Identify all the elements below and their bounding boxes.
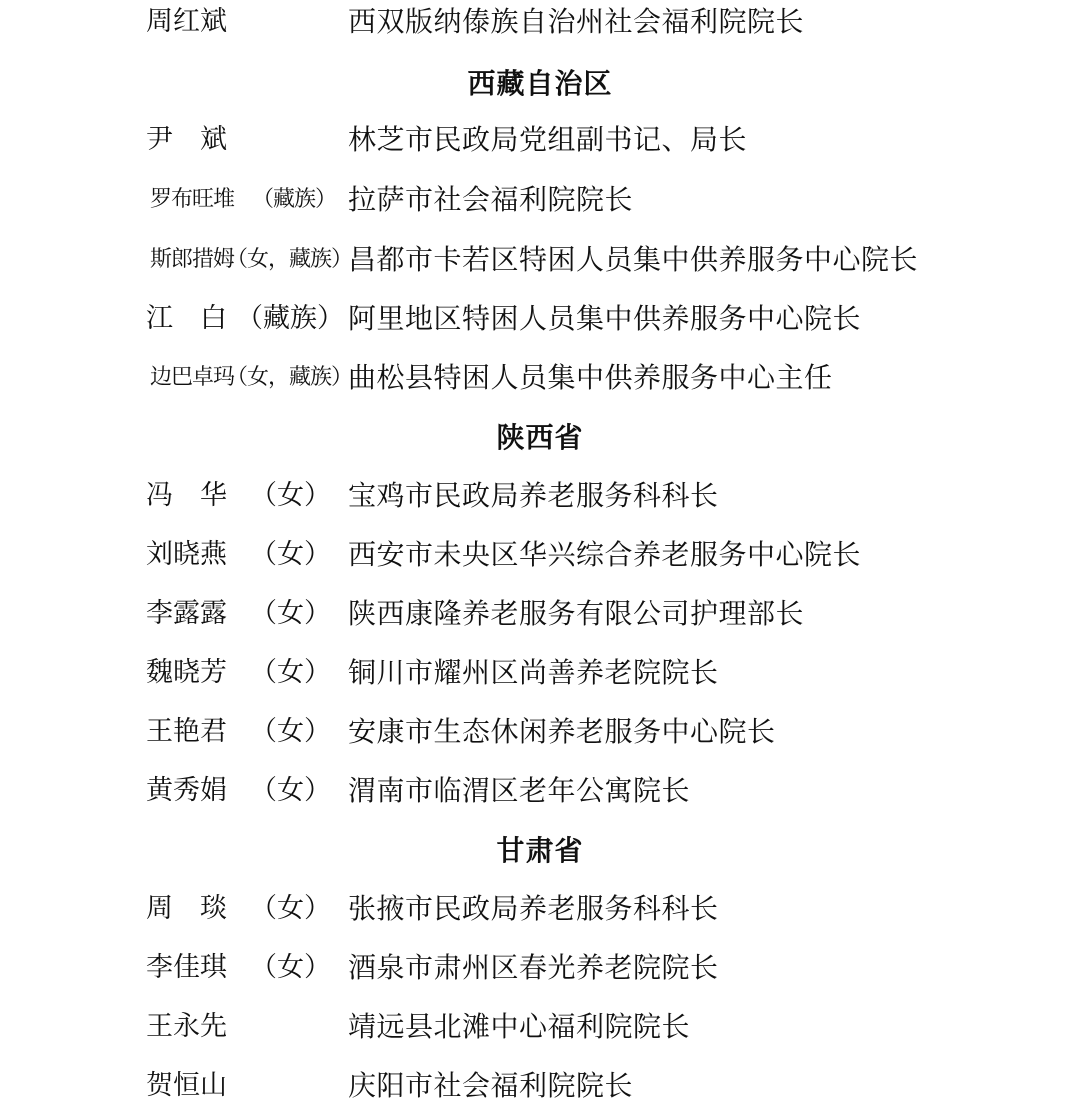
person-title: 庆阳市社会福利院院长	[348, 1066, 633, 1106]
person-note: （藏族）	[236, 299, 344, 339]
person-note: （女）	[250, 948, 331, 988]
person-note: （藏族）	[252, 180, 336, 220]
person-title: 铜川市耀州区尚善养老院院长	[348, 653, 719, 693]
person-name: 魏晓芳	[146, 653, 227, 693]
person-note: （女）	[250, 653, 331, 693]
person-note: （女）	[250, 594, 331, 634]
person-title: 昌都市卡若区特困人员集中供养服务中心院长	[348, 240, 918, 280]
section-heading-tibet: 西藏自治区	[0, 64, 1080, 104]
entry-row: 尹 斌 林芝市民政局党组副书记、局长	[0, 120, 1080, 160]
person-name: 王永先	[146, 1007, 227, 1047]
person-name: 江 白	[146, 299, 227, 339]
person-title: 阿里地区特困人员集中供养服务中心院长	[348, 299, 861, 339]
person-note: （女）	[250, 771, 331, 811]
person-name: 边巴卓玛	[150, 358, 234, 398]
person-name: 斯郎措姆	[150, 240, 234, 280]
entry-row: 周红斌 西双版纳傣族自治州社会福利院院长	[0, 2, 1080, 42]
entry-row: 罗布旺堆 （藏族） 拉萨市社会福利院院长	[0, 180, 1080, 220]
person-name: 李佳琪	[146, 948, 227, 988]
person-name: 李露露	[146, 594, 227, 634]
person-name: 贺恒山	[146, 1066, 227, 1106]
entry-row: 魏晓芳 （女） 铜川市耀州区尚善养老院院长	[0, 653, 1080, 693]
person-note: （女，藏族）	[226, 358, 352, 398]
person-title: 陕西康隆养老服务有限公司护理部长	[348, 594, 804, 634]
person-note: （女）	[250, 535, 331, 575]
person-note: （女）	[250, 476, 331, 516]
person-note: （女，藏族）	[226, 240, 352, 280]
person-title: 宝鸡市民政局养老服务科科长	[348, 476, 719, 516]
entry-row: 李露露 （女） 陕西康隆养老服务有限公司护理部长	[0, 594, 1080, 634]
person-name: 周红斌	[146, 2, 227, 42]
entry-row: 李佳琪 （女） 酒泉市肃州区春光养老院院长	[0, 948, 1080, 988]
person-title: 西安市未央区华兴综合养老服务中心院长	[348, 535, 861, 575]
person-note: （女）	[250, 712, 331, 752]
entry-row: 王艳君 （女） 安康市生态休闲养老服务中心院长	[0, 712, 1080, 752]
section-heading-shaanxi: 陕西省	[0, 418, 1080, 458]
person-title: 张掖市民政局养老服务科科长	[348, 889, 719, 929]
person-title: 西双版纳傣族自治州社会福利院院长	[348, 2, 804, 42]
entry-row: 江 白 （藏族） 阿里地区特困人员集中供养服务中心院长	[0, 299, 1080, 339]
entry-row: 冯 华 （女） 宝鸡市民政局养老服务科科长	[0, 476, 1080, 516]
person-name: 罗布旺堆	[150, 180, 234, 220]
person-name: 王艳君	[146, 712, 227, 752]
entry-row: 边巴卓玛 （女，藏族） 曲松县特困人员集中供养服务中心主任	[0, 358, 1080, 398]
person-name: 黄秀娟	[146, 771, 227, 811]
entry-row: 斯郎措姆 （女，藏族） 昌都市卡若区特困人员集中供养服务中心院长	[0, 240, 1080, 280]
person-title: 靖远县北滩中心福利院院长	[348, 1007, 690, 1047]
person-title: 拉萨市社会福利院院长	[348, 180, 633, 220]
person-title: 曲松县特困人员集中供养服务中心主任	[348, 358, 833, 398]
entry-row: 刘晓燕 （女） 西安市未央区华兴综合养老服务中心院长	[0, 535, 1080, 575]
person-name: 冯 华	[146, 476, 227, 516]
person-name: 周 琰	[146, 889, 227, 929]
person-note: （女）	[250, 889, 331, 929]
person-title: 渭南市临渭区老年公寓院长	[348, 771, 690, 811]
person-title: 酒泉市肃州区春光养老院院长	[348, 948, 719, 988]
entry-row: 王永先 靖远县北滩中心福利院院长	[0, 1007, 1080, 1047]
entry-row: 周 琰 （女） 张掖市民政局养老服务科科长	[0, 889, 1080, 929]
entry-row: 贺恒山 庆阳市社会福利院院长	[0, 1066, 1080, 1106]
section-heading-gansu: 甘肃省	[0, 831, 1080, 871]
person-title: 安康市生态休闲养老服务中心院长	[348, 712, 776, 752]
person-name: 刘晓燕	[146, 535, 227, 575]
person-title: 林芝市民政局党组副书记、局长	[348, 120, 747, 160]
entry-row: 黄秀娟 （女） 渭南市临渭区老年公寓院长	[0, 771, 1080, 811]
person-name: 尹 斌	[146, 120, 227, 160]
